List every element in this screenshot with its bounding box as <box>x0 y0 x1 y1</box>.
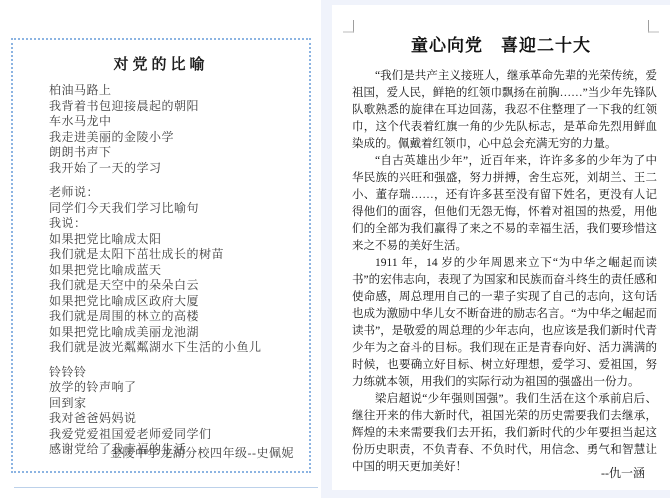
poem-line: 如果把党比喻成太阳 <box>49 232 309 248</box>
poem-body: 柏油马路上我背着书包迎接晨起的朝阳车水马龙中我走进美丽的金陵小学朗朗书声下我开始… <box>49 83 309 458</box>
poem-line: 我爱党爱祖国爱老师爱同学们 <box>49 427 309 443</box>
poem-line: 我们就是天空中的朵朵白云 <box>49 278 309 294</box>
essay-paragraph: “我们是共产主义接班人，继承革命先辈的光荣传统，爱祖国，爱人民，鲜艳的红领巾飘扬… <box>352 68 657 153</box>
poem-line: 柏油马路上 <box>49 83 309 99</box>
poem-line: 车水马龙中 <box>49 114 309 130</box>
essay-page: 童心向党 喜迎二十大 “我们是共产主义接班人，继承革命先辈的光荣传统，爱祖国，爱… <box>332 5 670 490</box>
poem-title: 对党的比喻 <box>13 53 309 74</box>
poem-line: 我背着书包迎接晨起的朝阳 <box>49 99 309 115</box>
poem-border-box: 对党的比喻 柏油马路上我背着书包迎接晨起的朝阳车水马龙中我走进美丽的金陵小学朗朗… <box>11 38 311 473</box>
document-collage: 对党的比喻 柏油马路上我背着书包迎接晨起的朝阳车水马龙中我走进美丽的金陵小学朗朗… <box>0 0 670 498</box>
essay-body: “我们是共产主义接班人，继承革命先辈的光荣传统，爱祖国，爱人民，鲜艳的红领巾飘扬… <box>352 68 657 476</box>
poem-line: 如果把党比喻成区政府大厦 <box>49 294 309 310</box>
poem-line <box>49 356 309 365</box>
poem-line: 我开始了一天的学习 <box>49 161 309 177</box>
poem-signature: 金陵中学龙湖分校四年级--史佩妮 <box>110 444 294 461</box>
poem-line: 放学的铃声响了 <box>49 380 309 396</box>
poem-line: 我说： <box>49 216 309 232</box>
poem-line: 铃铃铃 <box>49 365 309 381</box>
poem-line: 我们就是太阳下茁壮成长的树苗 <box>49 247 309 263</box>
essay-paragraph: “自古英雄出少年”，近百年来，许许多多的少年为了中华民族的兴旺和强盛，努力拼搏，… <box>352 153 657 255</box>
crop-mark-top-left-icon <box>343 20 354 33</box>
poem-line: 我们就是周围的林立的高楼 <box>49 309 309 325</box>
essay-title: 童心向党 喜迎二十大 <box>332 31 670 56</box>
poem-line: 如果把党比喻成美丽龙池湖 <box>49 325 309 341</box>
poem-line: 老师说： <box>49 185 309 201</box>
left-document: 对党的比喻 柏油马路上我背着书包迎接晨起的朝阳车水马龙中我走进美丽的金陵小学朗朗… <box>0 0 321 498</box>
poem-line <box>49 176 309 185</box>
crop-mark-top-right-icon <box>648 20 659 33</box>
horizontal-rule <box>14 487 318 488</box>
essay-signature: --仇一涵 <box>601 464 645 481</box>
poem-line: 如果把党比喻成蓝天 <box>49 263 309 279</box>
poem-line: 同学们今天我们学习比喻句 <box>49 201 309 217</box>
poem-line: 我走进美丽的金陵小学 <box>49 130 309 146</box>
poem-line: 我们就是波光粼粼湖水下生活的小鱼儿 <box>49 340 309 356</box>
poem-line: 朗朗书声下 <box>49 145 309 161</box>
right-document: 童心向党 喜迎二十大 “我们是共产主义接班人，继承革命先辈的光荣传统，爱祖国，爱… <box>321 0 670 498</box>
poem-line: 回到家 <box>49 396 309 412</box>
essay-paragraph: 1911 年，14 岁的少年周恩来立下“为中华之崛起而读书”的宏伟志向，表现了为… <box>352 255 657 391</box>
poem-line: 我对爸爸妈妈说 <box>49 411 309 427</box>
